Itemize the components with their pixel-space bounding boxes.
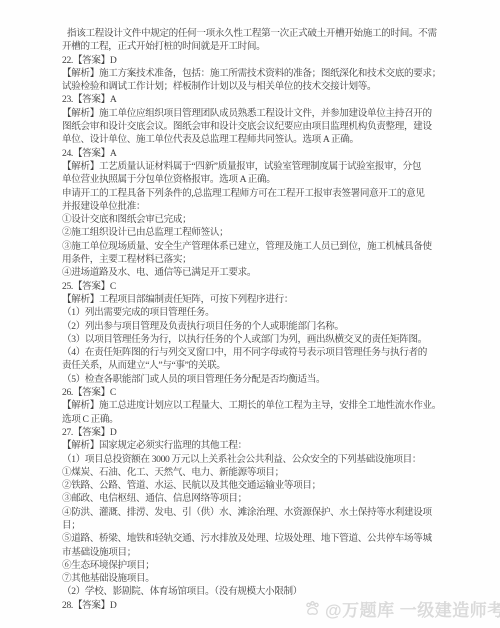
text-line: 指该工程设计文件中规定的任何一项永久性工程第一次正式破土开槽开始施工的时间。不需 xyxy=(62,27,454,40)
text-line: 目； xyxy=(62,519,454,532)
list-item-4: ④进场道路及水、电、通信等已满足开工要求。 xyxy=(62,266,454,279)
answer-line-26: 26.【答案】C xyxy=(62,386,454,399)
text-line: 并报建设单位批准： xyxy=(62,200,454,213)
text-line: 图纸会审和设计交底会议。图纸会审和设计交底会议纪要应由项目监理机构负责整理，建设 xyxy=(62,120,454,133)
text-line: 用条件，主要工程材料已落实； xyxy=(62,253,454,266)
list-item-3: ③邮政、电信枢纽、通信、信息网络等项目； xyxy=(62,492,454,505)
step-line-2: （2）列出参与项目管理及负责执行项目任务的个人或职能部门名称。 xyxy=(62,320,454,333)
answer-line-22: 22.【答案】D xyxy=(62,54,454,67)
list-item-4: ④防洪、灌溉、排涝、发电、引（供）水、滩涂治理、水资源保护、水土保持等水利建设项 xyxy=(62,506,454,519)
step-line-3: （3）以项目管理任务为行，以执行任务的个人或部门为列，画出纵横交叉的责任矩阵图。 xyxy=(62,333,454,346)
text-line: 责任关系，从而建立“人”与“事”的关联。 xyxy=(62,359,454,372)
text-line: 选项 C 正确。 xyxy=(62,413,454,426)
text-line: 市基础设施项目； xyxy=(62,546,454,559)
text-line: 申请开工的工程具备下列条件的,总监理工程师方可在工程开工报审表签署同意开工的意见 xyxy=(62,187,454,200)
list-item-1: ①设计交底和图纸会审已完成； xyxy=(62,213,454,226)
analysis-line: 【解析】施工方案技术准备，包括：施工所需技术资料的准备；图纸深化和技术交底的要求… xyxy=(62,67,454,80)
list-item-7: ⑦其他基础设施项目。 xyxy=(62,572,454,585)
analysis-line: 【解析】国家规定必须实行监理的其他工程： xyxy=(62,439,454,452)
list-item-5: ⑤道路、桥梁、地铁和轻轨交通、污水排放及处理、垃圾处理、地下管道、公共停车场等城 xyxy=(62,532,454,545)
step-line-4: （4）在责任矩阵图的行与列交叉窗口中，用不同字母或符号表示项目管理任务与执行者的 xyxy=(62,346,454,359)
list-item-1: ①煤炭、石油、化工、天然气、电力、新能源等项目； xyxy=(62,466,454,479)
text-line: 试验检验和调试工作计划；样板制作计划以及与相关单位的技术交接计划等。 xyxy=(62,80,454,93)
text-line: 单位营业执照属于分包单位资格报审。选项 A 正确。 xyxy=(62,173,454,186)
analysis-line: 【解析】施工单位应组织项目管理团队成员熟悉工程设计文件，并参加建设单位主持召开的 xyxy=(62,107,454,120)
list-item-2: ②铁路、公路、管道、水运、民航以及其他交通运输业等项目； xyxy=(62,479,454,492)
step-line-5: （5）检查各职能部门或人员的项目管理任务分配是否均衡适当。 xyxy=(62,373,454,386)
list-item-2: ②施工组织设计已由总监理工程师签认； xyxy=(62,226,454,239)
list-item-3: ③施工单位现场质量、安全生产管理体系已建立，管理及施工人员已到位，施工机械具备使 xyxy=(62,240,454,253)
step-line-1: （1）列出需要完成的项目管理任务。 xyxy=(62,306,454,319)
answer-key-text-block: 指该工程设计文件中规定的任何一项永久性工程第一次正式破土开槽开始施工的时间。不需… xyxy=(62,27,454,612)
text-line: （2）学校、影剧院、体育场馆项目。（没有规模大小限制） xyxy=(62,585,454,598)
answer-line-25: 25.【答案】C xyxy=(62,280,454,293)
answer-line-28: 28.【答案】D xyxy=(62,599,454,612)
document-page: 指该工程设计文件中规定的任何一项永久性工程第一次正式破土开槽开始施工的时间。不需… xyxy=(0,0,500,628)
text-line: （1）项目总投资额在 3000 万元以上关系社会公共利益、公众安全的下列基础设施… xyxy=(62,453,454,466)
answer-line-27: 27.【答案】D xyxy=(62,426,454,439)
answer-line-24: 24.【答案】A xyxy=(62,147,454,160)
analysis-line: 【解析】工艺质量认证材料属于“四新”质量报审，试验室管理制度属于试验室报审，分包 xyxy=(62,160,454,173)
analysis-line: 【解析】施工总进度计划应以工程量大、工期长的单位工程为主导，安排全工地性流水作业… xyxy=(62,399,454,412)
answer-line-23: 23.【答案】A xyxy=(62,93,454,106)
list-item-6: ⑥生态环境保护项目； xyxy=(62,559,454,572)
text-line: 单位、设计单位、施工单位代表及总监理工程师共同签认。选项 A 正确。 xyxy=(62,133,454,146)
analysis-line: 【解析】工程项目部编制责任矩阵，可按下列程序进行： xyxy=(62,293,454,306)
text-line: 开槽的工程，正式开始打桩的时间就是开工时间。 xyxy=(62,40,454,53)
